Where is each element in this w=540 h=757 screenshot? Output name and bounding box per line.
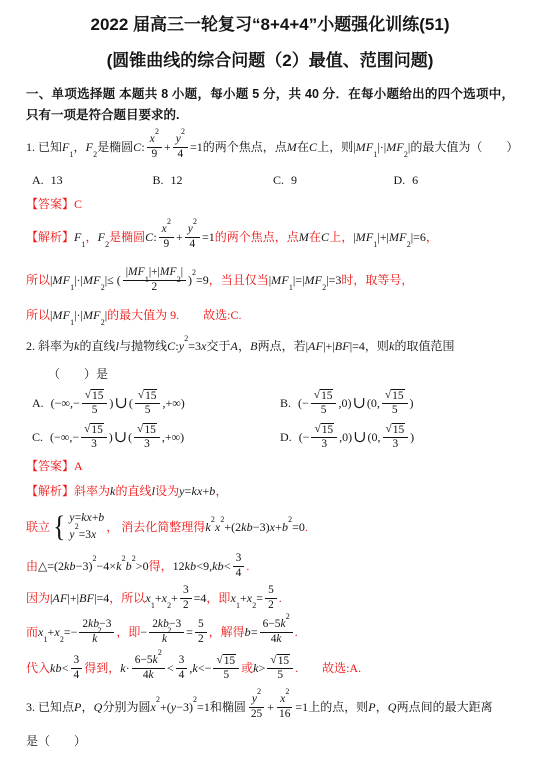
q1-option-a: A.13: [32, 173, 153, 188]
fraction: 34: [233, 552, 245, 579]
math-run: k2x2+(2kb−3)x+b2=0: [205, 520, 305, 534]
fraction: y225: [248, 693, 265, 720]
math-run: F2: [86, 140, 98, 154]
math-run: |MF1|·|MF2|≤ (: [50, 273, 121, 287]
text-run: 12: [171, 173, 183, 187]
text-run: ，: [82, 700, 94, 714]
red-text-run: 在: [309, 230, 321, 244]
math-run: x1+x2+: [145, 591, 178, 605]
text-run: ，则: [365, 339, 389, 353]
question-2-explanation-line: 代入kb<34得到，k·6−5k24k<34,k<−√155或k>√155 . …: [26, 650, 514, 686]
fraction: √155: [213, 654, 239, 683]
union-symbol: ∪: [353, 429, 366, 446]
red-text-run: ，当且仅当: [209, 273, 269, 287]
math-run: F1: [74, 230, 86, 244]
red-text-run: 所以: [26, 308, 50, 322]
text-run: 的直线: [80, 339, 116, 353]
math-run: ): [410, 396, 414, 410]
option-value: (−√155,0)∪(0,√155): [298, 389, 413, 418]
q1-option-b: B.12: [153, 173, 274, 188]
math-run: F1: [62, 140, 74, 154]
text-run: 2. 斜率为: [26, 339, 74, 353]
math-run: P: [74, 700, 82, 714]
fraction: 2kb−3k2: [79, 618, 114, 645]
math-run: ,+∞): [162, 396, 184, 410]
math-run: =1: [202, 230, 215, 244]
question-2-explanation-line: 联立{y=kx+by2=3x， 消去化简整理得k2x2+(2kb−3)x+b2=…: [26, 504, 514, 550]
option-label: C.: [32, 430, 43, 445]
math-run: (−: [299, 430, 310, 444]
union-symbol: ∪: [352, 395, 365, 412]
fraction: x29: [147, 133, 162, 160]
fraction: 34: [71, 654, 83, 681]
red-text-run: 而: [26, 625, 38, 639]
question-1-stem: 1. 已知F1， F2 是椭圆C:x29+y24=1的两个焦点，点M 在C 上，…: [26, 126, 514, 168]
math-run: x2+(y−3)2=1: [150, 700, 209, 714]
math-run: kb<: [50, 661, 69, 675]
sqrt-radical: √15: [137, 423, 157, 438]
option-label: A.: [32, 173, 44, 188]
math-run: |MF1|·|MF2|: [50, 308, 107, 322]
text-run: 与抛物线: [119, 339, 167, 353]
sqrt-radical: √15: [385, 389, 405, 404]
red-text-run: ，解得: [209, 625, 245, 639]
text-run: 在: [297, 140, 309, 154]
question-2-stem-line2: （ ）是: [26, 362, 514, 386]
option-label: A.: [32, 396, 44, 411]
fraction: √153: [81, 423, 107, 452]
text-run: 1. 已知: [26, 140, 62, 154]
fraction: 32: [180, 584, 192, 611]
red-text-run: 的最大值为 9. 故选:C.: [107, 308, 241, 322]
math-run: 12kb<9,kb<: [173, 559, 231, 573]
math-run: =: [186, 625, 193, 639]
red-text-run: 或: [241, 661, 253, 675]
sqrt-radical: √15: [314, 389, 334, 404]
red-text-run: . 故选:A.: [295, 661, 361, 675]
math-run: )∪(: [109, 395, 132, 411]
math-run: =1: [190, 140, 203, 154]
math-run: B: [250, 339, 258, 353]
text-run: 13: [51, 173, 63, 187]
red-text-run: ，所以: [109, 591, 145, 605]
text-run: 两点，若: [258, 339, 306, 353]
red-text-run: 的直线: [116, 484, 152, 498]
fraction: y24: [173, 133, 188, 160]
section-header: 一、单项选择题 本题共 8 小题，每小题 5 分，共 40 分．在每小题给出的四…: [26, 84, 514, 126]
text-run: 的最大值为（ ）: [410, 140, 518, 154]
math-run: ): [410, 430, 414, 444]
red-text-run: 得到，: [84, 661, 120, 675]
text-run: 6: [412, 173, 418, 187]
option-label: B.: [280, 396, 291, 411]
q1-option-c: C.9: [273, 173, 394, 188]
fraction: √155: [135, 389, 161, 418]
red-text-run: .: [246, 559, 249, 573]
red-text-run: 是椭圆: [109, 230, 145, 244]
math-run: C:: [145, 230, 157, 244]
fraction: √153: [383, 423, 409, 452]
math-run: =4: [194, 591, 207, 605]
math-run: ,0)∪(0,: [339, 429, 380, 445]
red-text-run: 上，: [329, 230, 353, 244]
fraction: y24: [185, 223, 200, 250]
red-text-run: 的两个焦点，点: [215, 230, 299, 244]
math-run: x1+x2=−: [38, 625, 77, 639]
math-run: k·: [120, 661, 130, 675]
question-2-explanation-line: 由△=(2kb−3)2−4×k2b2>0得，12kb<9,kb<34 .: [26, 550, 514, 582]
red-text-run: 设为: [155, 484, 179, 498]
math-run: +: [164, 140, 171, 154]
text-run: 交于: [207, 339, 231, 353]
red-text-run: ，: [215, 484, 227, 498]
fraction: x216: [276, 693, 293, 720]
red-text-run: 代入: [26, 661, 50, 675]
fraction: 6−5k24k: [132, 654, 165, 681]
math-run: )2=9: [188, 273, 209, 287]
q2-option-a: A.(−∞,−√155)∪(√155,+∞): [32, 386, 280, 420]
fraction: 34: [176, 654, 188, 681]
fraction: 6−5k24k: [260, 618, 293, 645]
math-run: C: [309, 140, 317, 154]
fraction: 2kb−3k2: [149, 618, 184, 645]
math-run: −: [140, 625, 147, 639]
text-run: ，: [376, 700, 388, 714]
red-text-run: 得，: [149, 559, 173, 573]
math-run: (−∞,−: [50, 430, 79, 444]
math-run: (−∞,−: [51, 396, 80, 410]
text-run: 是椭圆: [97, 140, 133, 154]
union-symbol: ∪: [114, 395, 127, 412]
option-value: (−∞,−√155)∪(√155,+∞): [51, 389, 185, 418]
math-run: F2: [98, 230, 110, 244]
math-run: ,0)∪(0,: [338, 395, 379, 411]
doc-title: 2022 届高三一轮复习“8+4+4”小题强化训练(51): [26, 12, 514, 38]
option-label: D.: [394, 173, 406, 188]
option-label: C.: [273, 173, 284, 188]
math-run: ,+∞): [162, 430, 184, 444]
question-2-explanation-line: 因为|AF|+|BF|=4，所以x1+x2+32=4，即x1+x2=52 .: [26, 582, 514, 614]
worksheet-page: 2022 届高三一轮复习“8+4+4”小题强化训练(51) (圆锥曲线的综合问题…: [0, 0, 540, 754]
math-run: △=(2kb−3)2−4×k2b2>0: [38, 559, 149, 573]
text-run: ，: [74, 140, 86, 154]
red-text-run: ，即: [116, 625, 140, 639]
question-3-stem: 3. 已知点P，Q 分别为圆x2+(y−3)2=1 和椭圆y225+x216=1…: [26, 686, 514, 728]
math-run: +: [176, 230, 183, 244]
math-run: =1: [295, 700, 308, 714]
text-run: 两点间的最大距离: [397, 700, 493, 714]
math-run: y=kx+b: [179, 484, 215, 498]
red-text-run: 所以: [26, 273, 50, 287]
text-run: （ ）是: [48, 367, 108, 381]
red-text-run: ， 消去化简整理得: [106, 520, 205, 534]
math-run: Q: [388, 700, 397, 714]
option-value: 12: [171, 173, 183, 187]
text-run: 3. 已知点: [26, 700, 74, 714]
doc-subtitle: (圆锥曲线的综合问题（2）最值、范围问题): [26, 48, 514, 74]
q2-option-c: C.(−∞,−√153)∪(√153,+∞): [32, 420, 280, 454]
fraction: |MF1|+|MF2|2: [123, 266, 186, 293]
red-text-run: .: [279, 591, 282, 605]
red-text-run: 时，取等号，: [341, 273, 413, 287]
math-run: x1+x2=: [230, 591, 263, 605]
q2-option-d: D.(−√153,0)∪(0,√153): [280, 420, 514, 454]
q1-option-d: D.6: [394, 173, 515, 188]
math-run: M: [287, 140, 297, 154]
red-text-run: 【解析】斜率为: [26, 484, 110, 498]
red-text-run: ，即: [206, 591, 230, 605]
math-run: |AF|+|BF|=4: [306, 339, 365, 353]
sqrt-radical: √15: [270, 654, 290, 669]
fraction: √155: [267, 654, 293, 683]
sqrt-radical: √15: [85, 389, 105, 404]
math-run: <: [167, 661, 174, 675]
option-value: 13: [51, 173, 63, 187]
text-run: 上的点，则: [308, 700, 368, 714]
fraction: √155: [82, 389, 108, 418]
text-run: 的两个焦点，点: [203, 140, 287, 154]
option-label: B.: [153, 173, 164, 188]
sqrt-radical: √15: [314, 423, 334, 438]
math-run: M: [299, 230, 309, 244]
math-run: |AF|+|BF|=4: [50, 591, 109, 605]
math-run: C:y2=3x: [167, 339, 206, 353]
question-2-explanation-line: 【解析】斜率为k 的直线l 设为y=kx+b，: [26, 478, 514, 504]
question-2-stem: 2. 斜率为k 的直线l 与抛物线C:y2=3x 交于A，B 两点，若|AF|+…: [26, 330, 514, 362]
red-text-run: 联立: [26, 520, 50, 534]
question-2-answer: 【答案】A: [26, 454, 514, 478]
sqrt-radical: √15: [84, 423, 104, 438]
math-run: +: [267, 700, 274, 714]
math-run: b=: [245, 625, 258, 639]
fraction: √155: [311, 389, 337, 418]
fraction: √153: [134, 423, 160, 452]
fraction: √155: [382, 389, 408, 418]
option-value: (−∞,−√153)∪(√153,+∞): [50, 423, 184, 452]
math-run: |MF1|·|MF2|: [353, 140, 410, 154]
math-run: A: [231, 339, 239, 353]
text-run: 的取值范围: [394, 339, 454, 353]
fraction: 52: [195, 618, 207, 645]
math-run: C: [321, 230, 329, 244]
answer-text: 【答案】A: [26, 459, 83, 473]
math-run: |MF1|=|MF2|=3: [269, 273, 342, 287]
math-run: (−: [298, 396, 309, 410]
sqrt-radical: √15: [386, 423, 406, 438]
question-1-explanation-line: 所以|MF1|·|MF2|的最大值为 9. 故选:C.: [26, 302, 514, 328]
fraction: 52: [265, 584, 277, 611]
math-run: Q: [94, 700, 103, 714]
math-run: )∪(: [109, 429, 132, 445]
option-value: 6: [412, 173, 418, 187]
option-value: 9: [291, 173, 297, 187]
question-1-options: A.13 B.12 C.9 D.6: [26, 168, 514, 192]
fraction: √153: [311, 423, 337, 452]
question-1-answer: 【答案】C: [26, 192, 514, 216]
text-run: 上，则: [317, 140, 353, 154]
math-run: k>: [253, 661, 265, 675]
math-run: P: [368, 700, 376, 714]
q2-option-b: B.(−√155,0)∪(0,√155): [280, 386, 514, 420]
option-label: D.: [280, 430, 292, 445]
union-symbol: ∪: [114, 429, 127, 446]
text-run: 分别为圆: [102, 700, 150, 714]
red-text-run: ，: [86, 230, 98, 244]
red-text-run: .: [305, 520, 308, 534]
text-run: 是（ ）: [26, 734, 86, 748]
red-text-run: ，: [426, 230, 438, 244]
question-2-options: A.(−∞,−√155)∪(√155,+∞) B.(−√155,0)∪(0,√1…: [26, 386, 514, 454]
question-2-explanation-line: 而x1+x2=−2kb−3k2，即−2kb−3k2=52，解得b=6−5k24k…: [26, 614, 514, 650]
math-run: |MF1|+|MF2|=6: [353, 230, 426, 244]
question-1-explanation-line: 【解析】F1， F2 是椭圆C:x29+y24=1的两个焦点，点M 在C 上，|…: [26, 216, 514, 258]
red-text-run: 由: [26, 559, 38, 573]
equation-system: {y=kx+by2=3x: [52, 510, 104, 544]
answer-text: 【答案】C: [26, 197, 82, 211]
sqrt-radical: √15: [216, 654, 236, 669]
question-3-stem-line2: 是（ ）: [26, 728, 514, 754]
fraction: x29: [159, 223, 174, 250]
math-run: ,k<−: [189, 661, 211, 675]
red-text-run: 因为: [26, 591, 50, 605]
option-value: (−√153,0)∪(0,√153): [299, 423, 414, 452]
sqrt-radical: √15: [138, 389, 158, 404]
math-run: C:: [133, 140, 145, 154]
text-run: 9: [291, 173, 297, 187]
text-run: ，: [238, 339, 250, 353]
red-text-run: 【解析】: [26, 230, 74, 244]
red-text-run: .: [295, 625, 298, 639]
text-run: 和椭圆: [210, 700, 246, 714]
question-1-explanation-line: 所以|MF1|·|MF2|≤ (|MF1|+|MF2|2)2=9，当且仅当|MF…: [26, 258, 514, 302]
